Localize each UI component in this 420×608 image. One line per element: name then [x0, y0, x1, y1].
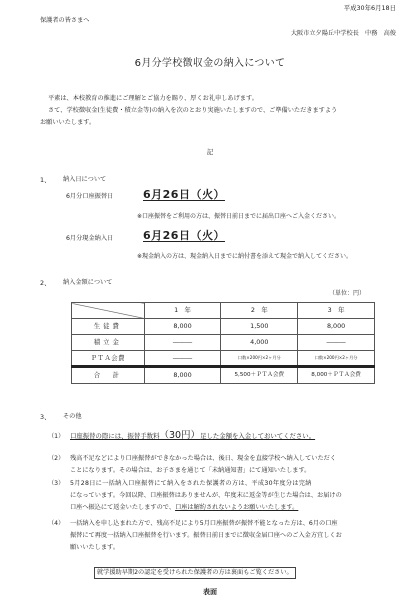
item-4-line-1: 一括納入を申し込まれた方で、残高不足により5月口座振替が振替不能となった方は、6…: [70, 520, 338, 528]
row-header: 合 計: [72, 367, 145, 384]
section3-number: 3、: [40, 413, 50, 421]
section2-heading: 納入金額について: [63, 279, 112, 287]
table-total-row: 合 計 8,000 5,500＋ＰＴＡ会費 8,000＋ＰＴＡ会費: [72, 367, 375, 384]
table-cell: 5,500＋ＰＴＡ会費: [221, 367, 298, 384]
section1-number: 1、: [40, 176, 50, 184]
table-cell: ―――: [144, 351, 221, 367]
ki-heading: 記: [0, 148, 420, 156]
item-number: （3）: [48, 480, 64, 488]
table-row: ＰＴＡ会費 ――― 口数×200円×2ヶ月分 口数×200円×2ヶ月分: [72, 351, 375, 367]
table-corner-cell: [72, 303, 145, 319]
table-cell: 8,000: [144, 367, 221, 384]
bank-transfer-label: 6月分口座振替日: [66, 193, 113, 201]
item-3-line-1: 5月28日に一括納入口座振替にて納入をされた保護者の方は、平成30年度分は完納: [70, 480, 312, 488]
cash-payment-label: 6月分現金納入日: [66, 235, 113, 243]
document-title: 6月分学校徴収金の納入について: [0, 57, 420, 70]
section1-heading: 納入日について: [63, 176, 106, 184]
table-cell: 4,000: [221, 335, 298, 351]
table-cell: 8,000: [298, 319, 375, 335]
table-cell: 口数×200円×2ヶ月分: [298, 351, 375, 367]
sender: 大阪市立夕陽丘中学校長 中務 高俊: [291, 30, 396, 38]
column-header: 2 年: [221, 303, 298, 319]
table-cell: 1,500: [221, 319, 298, 335]
unit-label: （単位：円）: [329, 290, 365, 298]
item-number: （2）: [48, 455, 64, 463]
table-cell: 口数×200円×2ヶ月分: [221, 351, 298, 367]
item-1-post: 足した金額を入金しておいてください。: [200, 432, 315, 440]
item-1-text: 口座振替の際には、振替手数料（30円）足した金額を入金しておいてください。: [70, 430, 315, 442]
item-1-pre: 口座振替の際には、振替手数料: [70, 432, 159, 440]
item-number: （1）: [48, 433, 64, 441]
item-2-line-2: ことになります。その場合は、お子さまを通じて「未納通知書」にて通知いたします。: [70, 467, 310, 475]
row-header: 積立金: [72, 335, 145, 351]
item-1-amount: （30円）: [159, 430, 200, 441]
table-cell: 8,000: [144, 319, 221, 335]
column-header: 1 年: [144, 303, 221, 319]
table-header-row: 1 年 2 年 3 年: [72, 303, 375, 319]
bank-transfer-note: ※口座振替をご利用の方は、振替日前日までに届出口座へご入金ください。: [137, 213, 340, 221]
section2-number: 2、: [40, 279, 50, 287]
section3-heading: その他: [63, 413, 82, 421]
row-header: ＰＴＡ会費: [72, 351, 145, 367]
fee-table: 1 年 2 年 3 年 生徒費 8,000 1,500 8,000 積立金 ――…: [71, 302, 375, 384]
table-row: 積立金 ――― 4,000 ―――: [72, 335, 375, 351]
cash-payment-note: ※現金納入の方は、現金納入日までに納付書を添えて現金で納入してください。: [137, 253, 352, 261]
table-row: 生徒費 8,000 1,500 8,000: [72, 319, 375, 335]
item-4-line-3: 願いいたします。: [70, 544, 119, 552]
intro-line-2: さて、学校徴収金(生徒費・積立金等)の納入を次のとおり実施いたしますので、ご準備…: [48, 107, 337, 115]
item-3-line-3: 口座へ振込にて返金いたしますので、口座は解約されないようお願いいたします。: [70, 504, 298, 512]
intro-line-3: お願いいたします。: [40, 119, 95, 127]
item-3-line-3-underlined: 口座は解約されないようお願いいたします。: [175, 504, 298, 511]
cash-payment-date: 6月26日（火）: [143, 229, 225, 243]
column-header: 3 年: [298, 303, 375, 319]
table-cell: 8,000＋ＰＴＡ会費: [298, 367, 375, 384]
page-side-label: 表面: [0, 588, 420, 597]
intro-line-1: 平素は、本校教育の推進にご理解とご協力を賜り、厚くお礼申しあげます。: [48, 95, 258, 103]
table-cell: ―――: [144, 335, 221, 351]
item-number: （4）: [48, 520, 64, 528]
document-date: 平成30年6月18日: [344, 4, 396, 12]
item-2-line-1: 残高不足などにより口座振替ができなかった場合は、後日、現金を直接学校へ納入してい…: [70, 455, 336, 463]
item-3-line-3-pre: 口座へ振込にて返金いたしますので、: [70, 504, 175, 511]
item-3-line-2: になっています。今回以降、口座振替はありませんが、年度末に返金等が生じた場合は、…: [70, 492, 342, 500]
row-header: 生徒費: [72, 319, 145, 335]
boxed-notice: 就学援助早期2の認定を受けられた保護者の方は裏面もご覧ください。: [94, 567, 296, 579]
bank-transfer-date: 6月26日（火）: [143, 188, 225, 202]
item-4-line-2: 振替にて再度一括納入口座振替を行います。振替日前日までに徴収金届口座へのご入金方…: [70, 532, 342, 540]
recipient: 保護者の皆さまへ: [40, 17, 90, 25]
table-cell: ―――: [298, 335, 375, 351]
